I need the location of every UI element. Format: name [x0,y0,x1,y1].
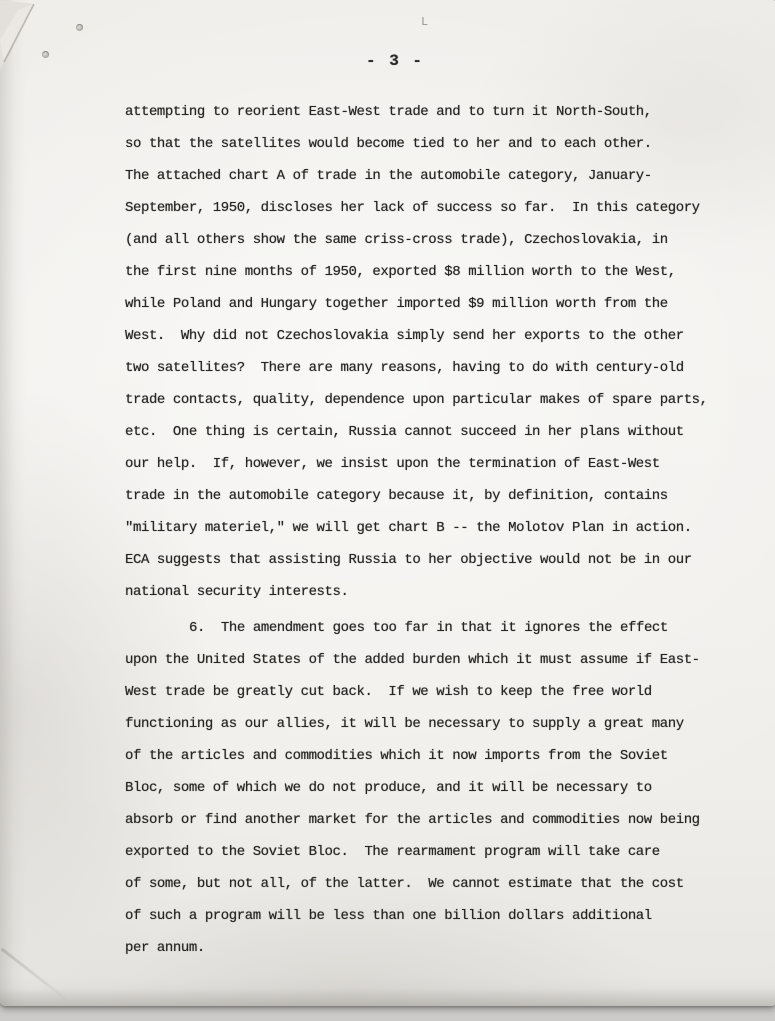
text-line: exported to the Soviet Bloc. The rearmam… [125,836,745,868]
scan-background: L - 3 - attempting to reorient East-West… [0,0,775,1021]
header-mark: L [421,15,429,29]
document-page: L - 3 - attempting to reorient East-West… [0,0,775,1006]
text-line: "military materiel," we will get chart B… [125,512,745,544]
text-line: absorb or find another market for the ar… [125,804,745,836]
text-line: upon the United States of the added burd… [125,644,745,676]
text-line: of such a program will be less than one … [125,900,745,932]
staple-hole [76,24,83,31]
text-line: etc. One thing is certain, Russia cannot… [125,416,745,448]
text-line: attempting to reorient East-West trade a… [125,96,745,128]
text-line: of some, but not all, of the latter. We … [125,868,745,900]
text-line: of the articles and commodities which it… [125,740,745,772]
text-line: 6. The amendment goes too far in that it… [125,612,745,644]
text-line: national security interests. [125,576,745,608]
text-line: the first nine months of 1950, exported … [125,256,745,288]
text-line: trade in the automobile category because… [125,480,745,512]
text-line: so that the satellites would become tied… [125,128,745,160]
text-line: West. Why did not Czechoslovakia simply … [125,320,745,352]
text-line: Bloc, some of which we do not produce, a… [125,772,745,804]
text-line: two satellites? There are many reasons, … [125,352,745,384]
page-number: - 3 - [0,52,775,70]
text-line: while Poland and Hungary together import… [125,288,745,320]
text-line: The attached chart A of trade in the aut… [125,160,745,192]
paragraph: attempting to reorient East-West trade a… [125,96,745,608]
text-line: ECA suggests that assisting Russia to he… [125,544,745,576]
text-line: our help. If, however, we insist upon th… [125,448,745,480]
text-line: trade contacts, quality, dependence upon… [125,384,745,416]
paper-crease [1,948,74,1006]
corner-fold [0,0,120,140]
text-line: (and all others show the same criss-cros… [125,224,745,256]
text-line: functioning as our allies, it will be ne… [125,708,745,740]
text-line: per annum. [125,932,745,964]
document-body: attempting to reorient East-West trade a… [125,96,745,964]
text-line: West trade be greatly cut back. If we wi… [125,676,745,708]
text-line: September, 1950, discloses her lack of s… [125,192,745,224]
paragraph: 6. The amendment goes too far in that it… [125,612,745,964]
